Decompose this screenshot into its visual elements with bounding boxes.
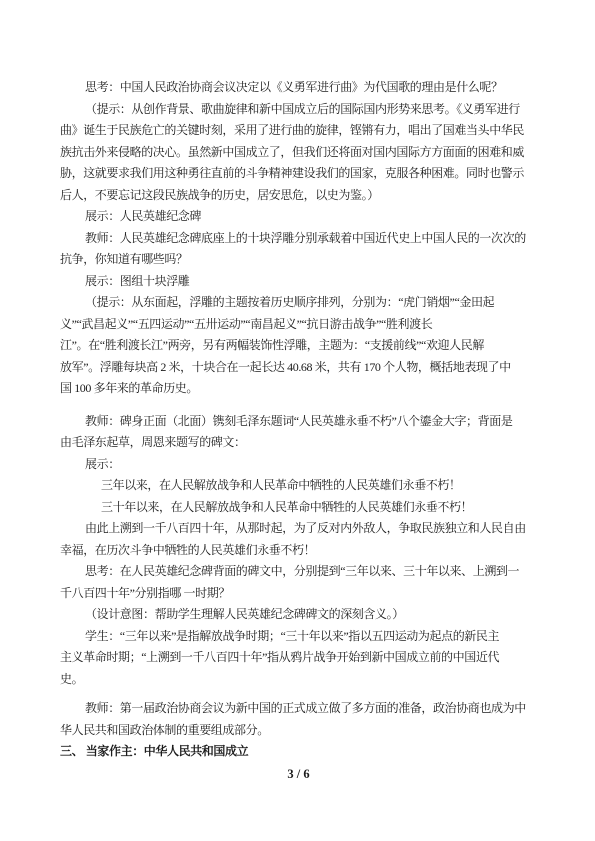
text-line: 展示： — [60, 454, 537, 476]
text-line: 江”。在“胜利渡长江”两旁，另有两幅装饰性浮雕，主题为：“支援前线”“欢迎人民解 — [60, 335, 537, 357]
text-line: 由此上溯到一千八百四十年，从那时起，为了反对内外敌人，争取民族独立和人民自由 — [60, 518, 537, 540]
text-line: 后人，不要忘记这段民族战争的历史，居安思危，以史为鉴。） — [60, 185, 537, 207]
page-number: 3 / 6 — [60, 764, 537, 786]
text-line: 千八百四十年”分别指哪 一时期？ — [60, 583, 537, 605]
text-line: （提示：从创作背景、歌曲旋律和新中国成立后的国际国内形势来思考。《义勇军进行 — [60, 99, 537, 121]
text-line: 义”“武昌起义”“五四运动”“五卅运动”“南昌起义”“抗日游击战争”“胜利渡长 — [60, 314, 537, 336]
text-line: 曲》诞生于民族危亡的关键时刻，采用了进行曲的旋律，铿锵有力，唱出了国难当头中华民 — [60, 120, 537, 142]
text-line: 抗争，你知道有哪些吗？ — [60, 249, 537, 271]
text-line: 胁，这就要求我们用这种勇往直前的斗争精神建设我们的国家，克服各种困难。同时也警示 — [60, 163, 537, 185]
document-body: 思考：中国人民政治协商会议决定以《义勇军进行曲》为代国歌的理由是什么呢？（提示：… — [60, 77, 537, 763]
text-line: （提示：从东面起，浮雕的主题按着历史顺序排列，分别为：“虎门销烟”“金田起 — [60, 292, 537, 314]
text-line: 史。 — [60, 669, 537, 691]
text-line: 三年以来，在人民解放战争和人民革命中牺牲的人民英雄们永垂不朽！ — [60, 475, 537, 497]
text-line: 展示：人民英雄纪念碑 — [60, 206, 537, 228]
text-line: 教师：碑身正面（北面）镌刻毛泽东题词“人民英雄永垂不朽”八个鎏金大字；背面是 — [60, 411, 537, 433]
text-line: 教师：第一届政治协商会议为新中国的正式成立做了多方面的准备，政治协商也成为中 — [60, 698, 537, 720]
text-line: 放军”。浮雕每块高 2 米，十块合在一起长达 40.68 米，共有 170 个人… — [60, 357, 537, 379]
text-line: 三十年以来，在人民解放战争和人民革命中牺牲的人民英雄们永垂不朽！ — [60, 497, 537, 519]
text-line: 思考：在人民英雄纪念碑背面的碑文中，分别提到“三年以来、三十年以来、上溯到一 — [60, 561, 537, 583]
text-line: 学生：“三年以来”是指解放战争时期；“三十年以来”指以五四运动为起点的新民主 — [60, 626, 537, 648]
text-line: 幸福，在历次斗争中牺牲的人民英雄们永垂不朽！ — [60, 540, 537, 562]
section-heading: 三、 当家作主：中华人民共和国成立 — [60, 741, 537, 763]
document-page: 思考：中国人民政治协商会议决定以《义勇军进行曲》为代国歌的理由是什么呢？（提示：… — [0, 0, 595, 841]
text-line: 展示：图组十块浮雕 — [60, 271, 537, 293]
text-line: 华人民共和国政治体制的重要组成部分。 — [60, 720, 537, 742]
text-line: 国 100 多年来的革命历史。 — [60, 378, 537, 400]
text-line: 族抗击外来侵略的决心。虽然新中国成立了，但我们还将面对国内国际方方面面的困难和威 — [60, 142, 537, 164]
text-line: 思考：中国人民政治协商会议决定以《义勇军进行曲》为代国歌的理由是什么呢？ — [60, 77, 537, 99]
text-line: 由毛泽东起草，周恩来题写的碑文： — [60, 432, 537, 454]
text-line: 主义革命时期；“上溯到一千八百四十年”指从鸦片战争开始到新中国成立前的中国近代 — [60, 647, 537, 669]
text-line: （设计意图：帮助学生理解人民英雄纪念碑碑文的深刻含义。） — [60, 604, 537, 626]
text-line: 教师：人民英雄纪念碑底座上的十块浮雕分别承载着中国近代史上中国人民的一次次的 — [60, 228, 537, 250]
